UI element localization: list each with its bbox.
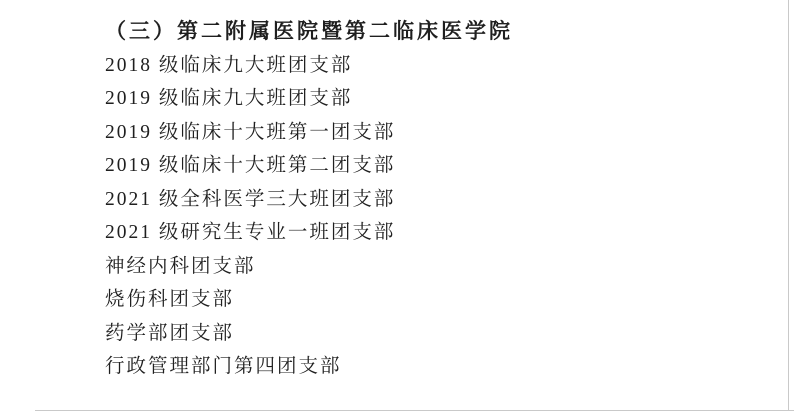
list-item: 2021 级全科医学三大班团支部 <box>105 183 774 217</box>
list-item: 2019 级临床九大班团支部 <box>105 82 774 116</box>
branch-list: 2018 级临床九大班团支部2019 级临床九大班团支部2019 级临床十大班第… <box>105 49 774 384</box>
section-heading: （三）第二附属医院暨第二临床医学院 <box>105 15 774 49</box>
list-item: 行政管理部门第四团支部 <box>105 350 774 384</box>
document-page: （三）第二附属医院暨第二临床医学院 2018 级临床九大班团支部2019 级临床… <box>0 0 794 411</box>
list-item: 2019 级临床十大班第二团支部 <box>105 149 774 183</box>
list-item: 神经内科团支部 <box>105 250 774 284</box>
page-right-edge <box>788 0 789 411</box>
list-item: 2021 级研究生专业一班团支部 <box>105 216 774 250</box>
list-item: 药学部团支部 <box>105 317 774 351</box>
list-item: 2019 级临床十大班第一团支部 <box>105 116 774 150</box>
list-item: 烧伤科团支部 <box>105 283 774 317</box>
list-item: 2018 级临床九大班团支部 <box>105 49 774 83</box>
document-content: （三）第二附属医院暨第二临床医学院 2018 级临床九大班团支部2019 级临床… <box>105 15 774 384</box>
